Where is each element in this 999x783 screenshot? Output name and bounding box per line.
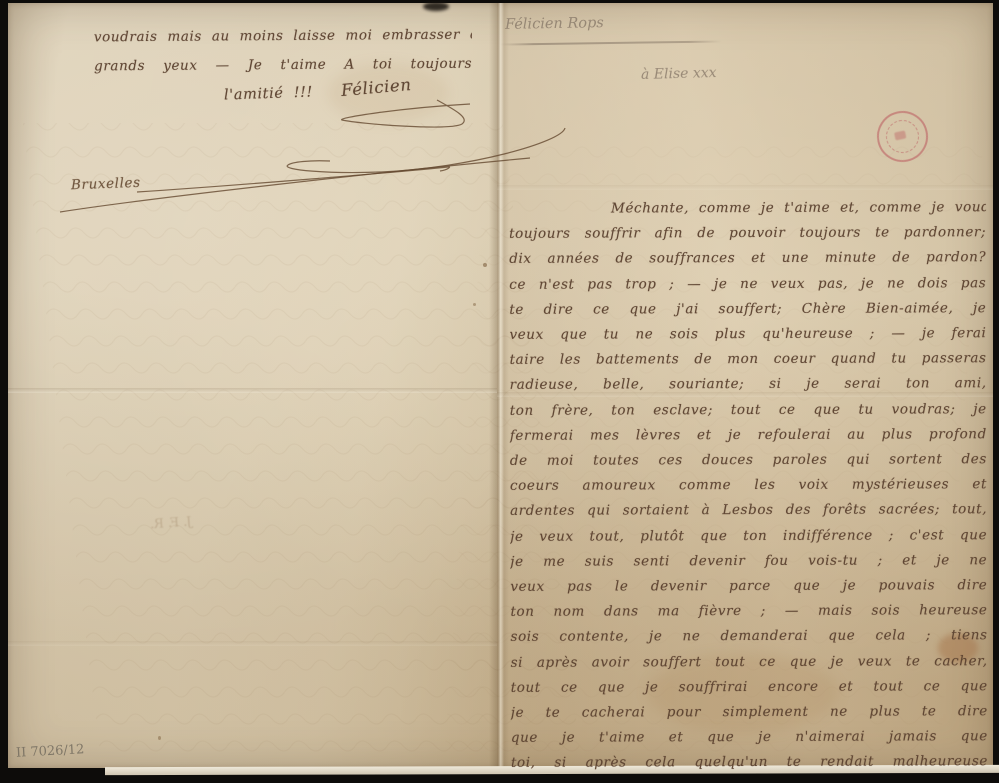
letter-line: toi, si après cela quelqu'un te rendait … [511, 750, 988, 777]
paper-speck [483, 263, 487, 267]
letter-line: veux que tu ne sois plus qu'heureuse ; —… [509, 321, 986, 348]
dedication-note: à Elise xxx [641, 65, 717, 83]
letter-line: fermerai mes lèvres et je refoulerai au … [510, 422, 987, 449]
fold-crease [8, 641, 497, 646]
letter-line: ce n'est pas trop ; — je ne veux pas, je… [509, 271, 986, 298]
letter-line: je veux tout, plutôt que ton indifférenc… [510, 523, 987, 550]
place-note: Bruxelles [71, 175, 141, 193]
closing-lines: voudrais mais au moins laisse moi embras… [94, 21, 472, 82]
left-page [8, 3, 497, 768]
fold-crease [497, 185, 993, 190]
archivist-note: Félicien Rops [505, 15, 604, 33]
letter-line: taire les battements de mon coeur quand … [510, 346, 987, 373]
center-fold-crease [489, 3, 509, 768]
letter-line: si après avoir souffert tout ce que je v… [511, 649, 988, 676]
show-through-initials: J. F. R. [150, 515, 193, 533]
letter-line: que je t'aime et que je n'aimerai jamais… [511, 724, 988, 751]
letter-body: Méchante, comme je t'aime et, comme je v… [509, 195, 988, 776]
valediction: l'amitié !!! [224, 84, 314, 103]
letter-line: ardentes qui sortaient à Lesbos des forê… [510, 498, 987, 525]
closing-line: voudrais mais au moins laisse moi embras… [94, 21, 472, 53]
letter-line: ton frère, ton esclave; tout ce que tu v… [510, 397, 987, 424]
letter-line: de moi toutes ces douces paroles qui sor… [510, 447, 987, 474]
closing-line: grands yeux — Je t'aime A toi toujours [94, 50, 472, 82]
ink-smudge [423, 2, 449, 11]
letter-line: toujours souffrir afin de pouvoir toujou… [509, 220, 986, 247]
letter-line: coeurs amoureux comme les voix mystérieu… [510, 472, 987, 499]
letter-line: tout ce que je souffrirai encore et tout… [511, 674, 988, 701]
letter-line: je te cacherai pour simplement ne plus t… [511, 699, 988, 726]
fold-crease [8, 388, 497, 393]
paper-speck [473, 303, 476, 306]
letter-line: te dire ce que j'ai souffert; Chère Bien… [509, 296, 986, 323]
letter-line: dix années de souffrances et une minute … [509, 246, 986, 273]
letter-line: ton nom dans ma fièvre ; — mais sois heu… [510, 598, 987, 625]
letter-line: Méchante, comme je t'aime et, comme je v… [509, 195, 986, 222]
letter-line: radieuse, belle, souriante; si je serai … [510, 372, 987, 399]
letter-line: je me suis senti devenir fou vois-tu ; e… [510, 548, 987, 575]
letter-line: sois contente, je ne demanderai que cela… [510, 624, 987, 651]
paper-speck [158, 736, 161, 740]
scanned-letter-spread: voudrais mais au moins laisse moi embras… [0, 0, 999, 783]
letter-line: veux pas le devenir parce que je pouvais… [510, 573, 987, 600]
